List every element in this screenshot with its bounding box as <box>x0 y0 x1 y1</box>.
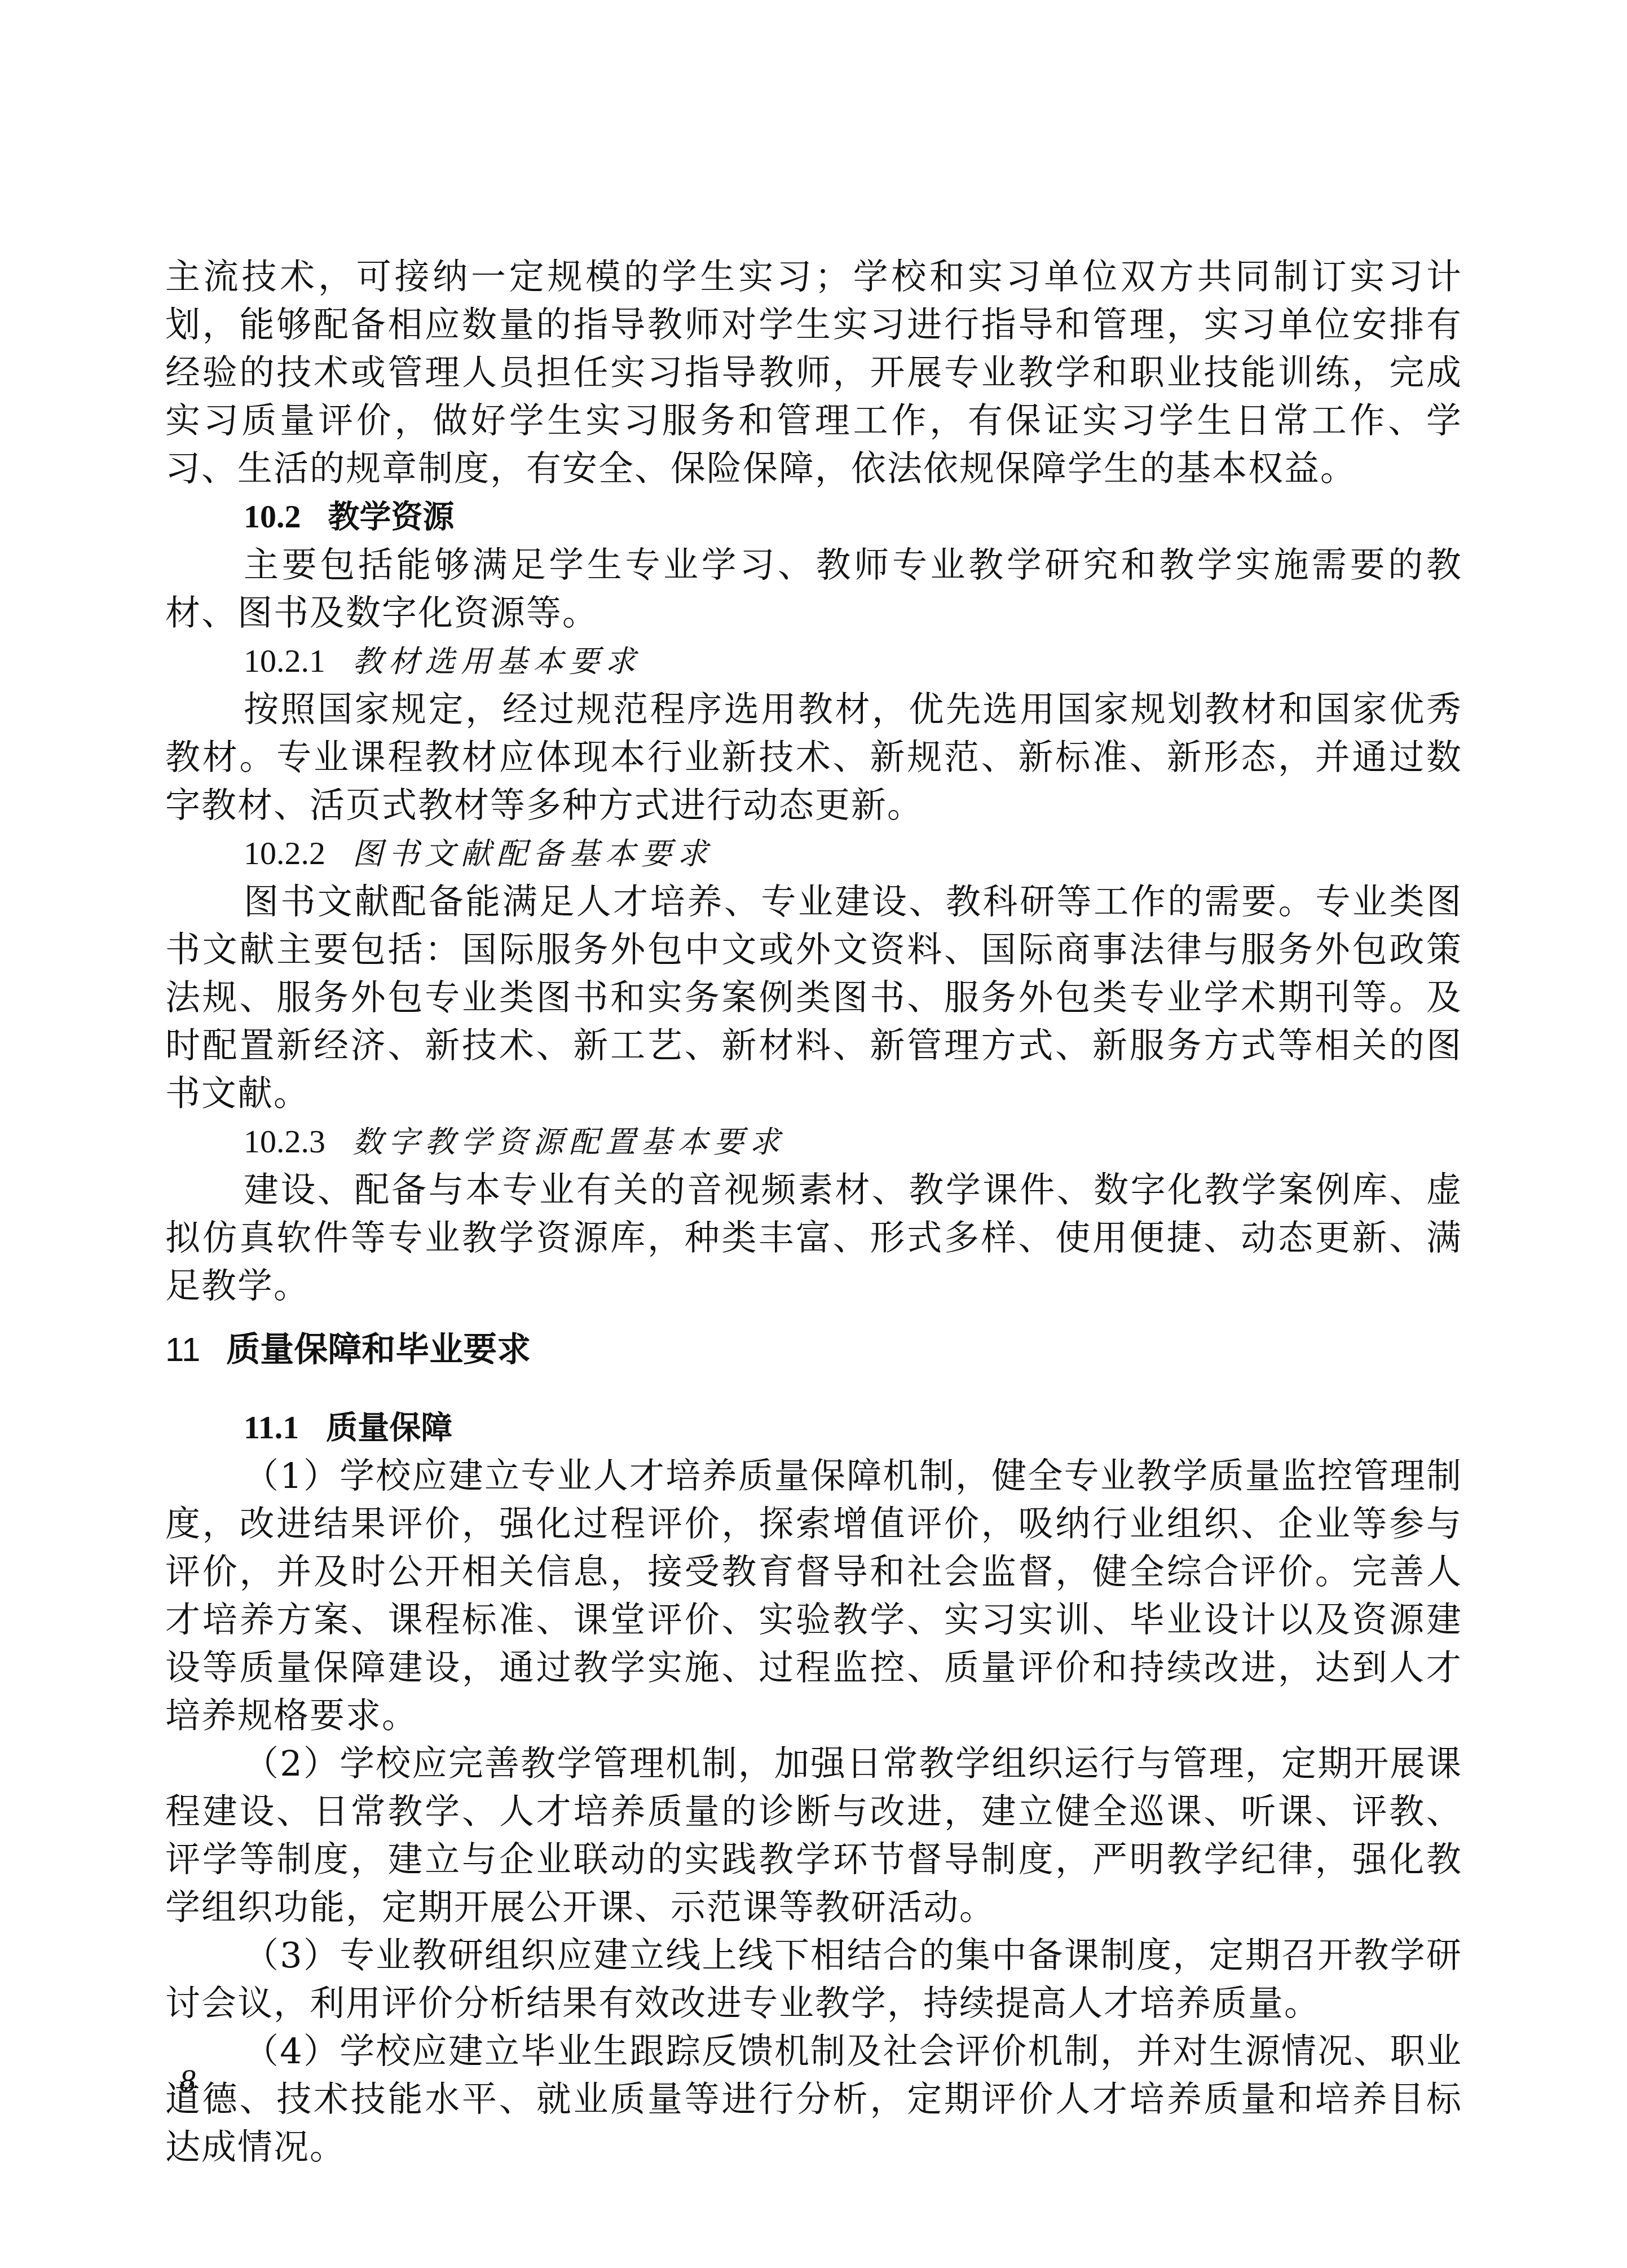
section-title: 质量保障 <box>326 1410 452 1446</box>
subsection-title: 图书文献配备基本要求 <box>352 836 713 871</box>
section-11-1-heading: 11.1质量保障 <box>165 1403 1462 1452</box>
subsection-title: 数字教学资源配置基本要求 <box>352 1124 786 1160</box>
quality-item-2: （2）学校应完善教学管理机制，加强日常教学组织运行与管理，定期开展课程建设、日常… <box>165 1739 1462 1931</box>
section-10-2-intro: 主要包括能够满足学生专业学习、教师专业教学研究和教学实施需要的教材、图书及数字化… <box>165 541 1462 637</box>
document-page: 主流技术，可接纳一定规模的学生实习；学校和实习单位双方共同制订实习计划，能够配备… <box>165 253 1462 2171</box>
quality-item-4: （4）学校应建立毕业生跟踪反馈机制及社会评价机制，并对生源情况、职业道德、技术技… <box>165 2027 1462 2171</box>
section-title: 教学资源 <box>328 499 455 535</box>
subsection-10-2-1-heading: 10.2.1教材选用基本要求 <box>165 637 1462 685</box>
chapter-number: 11 <box>165 1331 200 1368</box>
continued-paragraph: 主流技术，可接纳一定规模的学生实习；学校和实习单位双方共同制订实习计划，能够配备… <box>165 253 1462 492</box>
chapter-11-heading: 11质量保障和毕业要求 <box>165 1325 1462 1374</box>
subsection-number: 10.2.3 <box>244 1123 325 1160</box>
subsection-title: 教材选用基本要求 <box>352 644 641 679</box>
subsection-10-2-3-body: 建设、配备与本专业有关的音视频素材、教学课件、数字化教学案例库、虚拟仿真软件等专… <box>165 1166 1462 1310</box>
section-number: 11.1 <box>244 1409 299 1446</box>
subsection-number: 10.2.2 <box>244 835 325 871</box>
quality-item-1: （1）学校应建立专业人才培养质量保障机制，健全专业教学质量监控管理制度，改进结果… <box>165 1452 1462 1739</box>
subsection-number: 10.2.1 <box>244 642 325 679</box>
quality-item-3: （3）专业教研组织应建立线上线下相结合的集中备课制度，定期召开教学研讨会议，利用… <box>165 1931 1462 2027</box>
subsection-10-2-1-body: 按照国家规定，经过规范程序选用教材，优先选用国家规划教材和国家优秀教材。专业课程… <box>165 685 1462 829</box>
subsection-10-2-3-heading: 10.2.3数字教学资源配置基本要求 <box>165 1117 1462 1166</box>
subsection-10-2-2-body: 图书文献配备能满足人才培养、专业建设、教科研等工作的需要。专业类图书文献主要包括… <box>165 878 1462 1117</box>
page-number: 8 <box>179 2062 196 2099</box>
subsection-10-2-2-heading: 10.2.2图书文献配备基本要求 <box>165 829 1462 878</box>
chapter-title: 质量保障和毕业要求 <box>226 1330 531 1369</box>
section-10-2-heading: 10.2教学资源 <box>165 492 1462 541</box>
section-number: 10.2 <box>244 498 301 535</box>
